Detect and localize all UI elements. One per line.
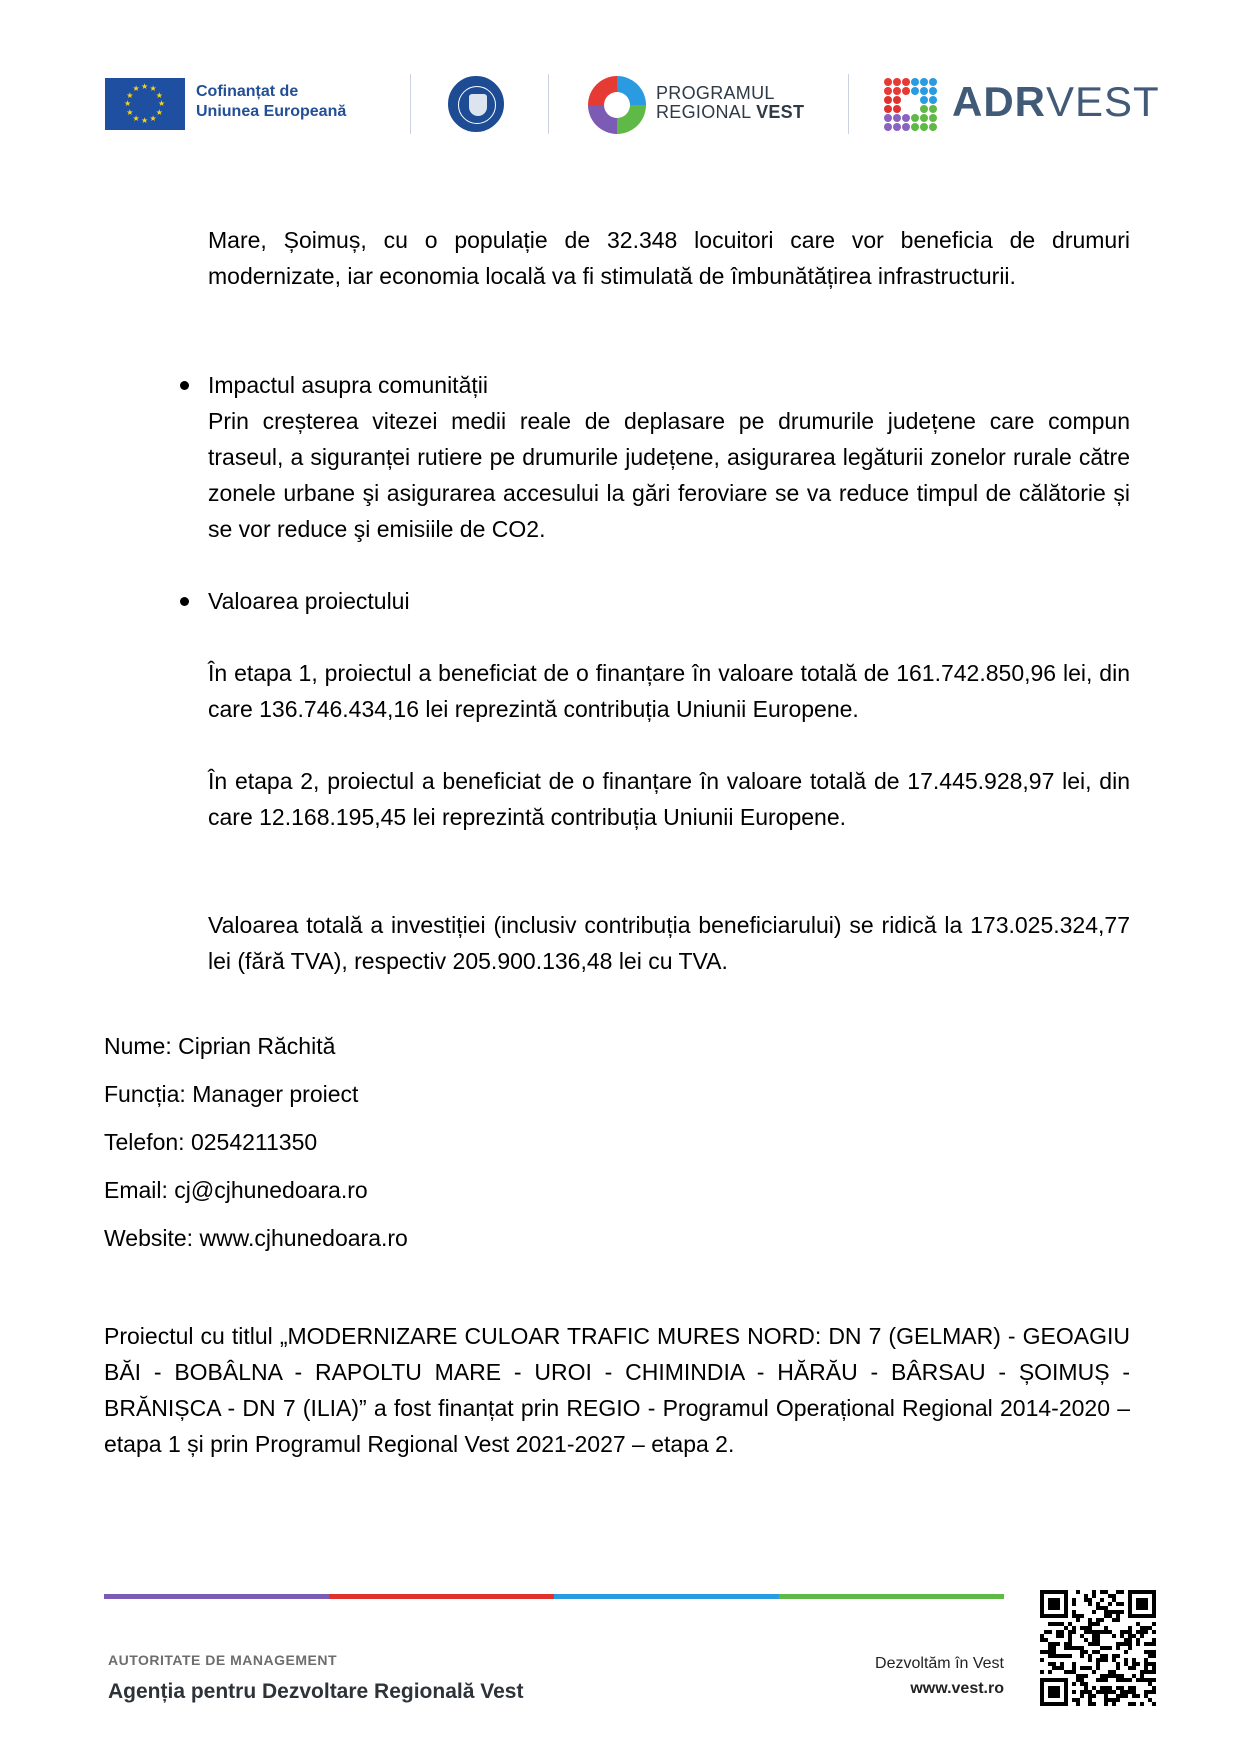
divider (848, 74, 849, 134)
managing-authority-label: AUTORITATE DE MANAGEMENT (108, 1652, 337, 1668)
total-paragraph: Valoarea totală a investiției (inclusiv … (208, 907, 1130, 979)
eu-flag-icon: ★★★★★★★★★★★★ (105, 78, 185, 130)
footer-tagline: Dezvoltăm în Vest (850, 1655, 1004, 1673)
divider (410, 74, 411, 134)
divider (548, 74, 549, 134)
eu-cofinancing-label: Cofinanțat de Uniunea Europeană (196, 82, 346, 122)
programul-regional-vest-logo-icon (588, 76, 646, 134)
footer-url[interactable]: www.vest.ro (850, 1680, 1004, 1698)
bullet-icon (180, 597, 189, 606)
romanian-government-seal-icon (448, 76, 504, 132)
footer-color-bar (104, 1594, 1004, 1599)
contact-website[interactable]: Website: www.cjhunedoara.ro (104, 1220, 408, 1256)
contact-phone: Telefon: 0254211350 (104, 1124, 317, 1160)
prv-line1: PROGRAMUL (656, 84, 804, 103)
etapa1-paragraph: În etapa 1, proiectul a beneficiat de o … (208, 655, 1130, 727)
qr-code-icon (1040, 1590, 1156, 1706)
managing-authority-name: Agenția pentru Dezvoltare Regională Vest (108, 1680, 523, 1704)
header-logos: ★★★★★★★★★★★★ Cofinanțat de Uniunea Europ… (100, 70, 1140, 150)
section-title-value: Valoarea proiectului (208, 583, 410, 619)
contact-role: Funcția: Manager proiect (104, 1076, 358, 1112)
intro-paragraph: Mare, Șoimuș, cu o populație de 32.348 l… (208, 222, 1130, 294)
eu-text-line1: Cofinanțat de (196, 82, 346, 102)
adr-regular: VEST (1046, 78, 1160, 125)
project-footnote: Proiectul cu titlul „MODERNIZARE CULOAR … (104, 1318, 1130, 1462)
adr-bold: ADR (952, 78, 1046, 125)
etapa2-paragraph: În etapa 2, proiectul a beneficiat de o … (208, 763, 1130, 835)
contact-name: Nume: Ciprian Răchită (104, 1028, 335, 1064)
section-title-impact: Impactul asupra comunității (208, 367, 488, 403)
adr-vest-logo-text: ADRVEST (952, 78, 1160, 126)
prv-line2-bold: VEST (756, 102, 804, 122)
eu-text-line2: Uniunea Europeană (196, 102, 346, 122)
bullet-icon (180, 381, 189, 390)
impact-paragraph: Prin creșterea vitezei medii reale de de… (208, 403, 1130, 547)
contact-email[interactable]: Email: cj@cjhunedoara.ro (104, 1172, 368, 1208)
prv-line2: REGIONAL (656, 102, 756, 122)
adr-vest-dots-icon (884, 78, 940, 132)
programul-regional-vest-label: PROGRAMUL REGIONAL VEST (656, 84, 804, 122)
